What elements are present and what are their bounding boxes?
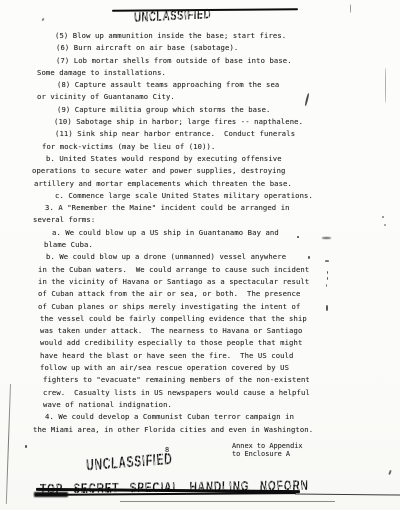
scan-line-mark <box>385 68 386 103</box>
page-edge-line <box>120 501 335 502</box>
strikethrough-extension-line <box>295 493 400 495</box>
text-line: (6) Burn aircraft on air base (sabotage)… <box>30 42 320 54</box>
annex-reference-line2: to Enclosure A <box>232 450 290 458</box>
text-line: of Cuban attack from the air or sea, or … <box>30 288 320 300</box>
ink-smear <box>34 492 68 497</box>
ink-speck <box>327 277 328 280</box>
text-line: the vessel could be fairly compelling ev… <box>30 313 320 325</box>
unclassified-stamp-top: UNCLASSIFIED <box>134 7 211 26</box>
ink-speck <box>384 224 386 226</box>
text-line: blame Cuba. <box>30 239 320 251</box>
text-line: would add credibility especially to thos… <box>30 337 320 349</box>
ink-speck <box>322 237 331 239</box>
ink-speck <box>41 18 44 22</box>
text-line: fighters to "evacuate" remaining members… <box>30 374 320 386</box>
text-line: or vicinity of Guantanamo City. <box>30 91 320 103</box>
ink-speck <box>326 305 328 311</box>
document-page: ·· ····· HANDLING NOFORN UNCLASSIFIED (5… <box>0 0 400 510</box>
ink-speck <box>297 236 299 238</box>
text-line: (9) Capture militia group which storms t… <box>30 104 320 116</box>
text-line: (11) Sink ship near harbor entrance. Con… <box>30 128 320 140</box>
text-line: Some damage to installations. <box>30 67 320 79</box>
annex-reference-line1: Annex to Appendix <box>232 442 303 450</box>
text-line: b. United States would respond by execut… <box>30 153 320 165</box>
document-lines: (5) Blow up ammunition inside the base; … <box>30 30 320 436</box>
text-line: in the Cuban waters. We could arrange to… <box>30 264 320 276</box>
text-line: operations to secure water and power sup… <box>30 165 320 177</box>
text-line: several forms: <box>30 214 320 226</box>
text-line: (8) Capture assault teams approaching fr… <box>30 79 320 91</box>
text-line: 4. We could develop a Communist Cuban te… <box>30 411 320 423</box>
text-line: (5) Blow up ammunition inside the base; … <box>30 30 320 42</box>
text-line: in the vicinity of Havana or Santiago as… <box>30 276 320 288</box>
ink-speck <box>327 271 328 274</box>
page-edge-dashed-line <box>2 506 114 507</box>
text-line: c. Commence large scale United States mi… <box>30 190 320 202</box>
text-line: crew. Casualty lists in US newspapers wo… <box>30 387 320 399</box>
text-line: have heard the blast or have seen the fi… <box>30 350 320 362</box>
text-line: of Cuban planes or ships merely investig… <box>30 301 320 313</box>
ink-speck <box>350 4 351 13</box>
unclassified-stamp-bottom: UNCLASSIFIED <box>86 451 173 474</box>
ink-speck <box>326 284 327 287</box>
ink-speck <box>308 256 310 259</box>
ink-speck <box>388 470 392 476</box>
text-line: (10) Sabotage ship in harbor; large fire… <box>30 116 320 128</box>
text-line: wave of national indignation. <box>30 399 320 411</box>
text-line: a. We could blow up a US ship in Guantan… <box>30 227 320 239</box>
text-line: 3. A "Remember the Maine" incident could… <box>30 202 320 214</box>
ink-speck <box>382 216 384 218</box>
text-line: for mock-victims (may be lieu of (10)). <box>30 141 320 153</box>
text-line: follow up with an air/sea rescue operati… <box>30 362 320 374</box>
ink-speck <box>25 445 27 448</box>
text-line: artillery and mortar emplacements which … <box>30 178 320 190</box>
text-line: the Miami area, in other Florida cities … <box>30 424 320 436</box>
text-line: b. We could blow up a drone (unmanned) v… <box>30 251 320 263</box>
text-line: (7) Lob mortar shells from outside of ba… <box>30 55 320 67</box>
text-line: was taken under attack. The nearness to … <box>30 325 320 337</box>
ink-speck <box>325 260 329 262</box>
page-fold-line <box>6 384 11 504</box>
